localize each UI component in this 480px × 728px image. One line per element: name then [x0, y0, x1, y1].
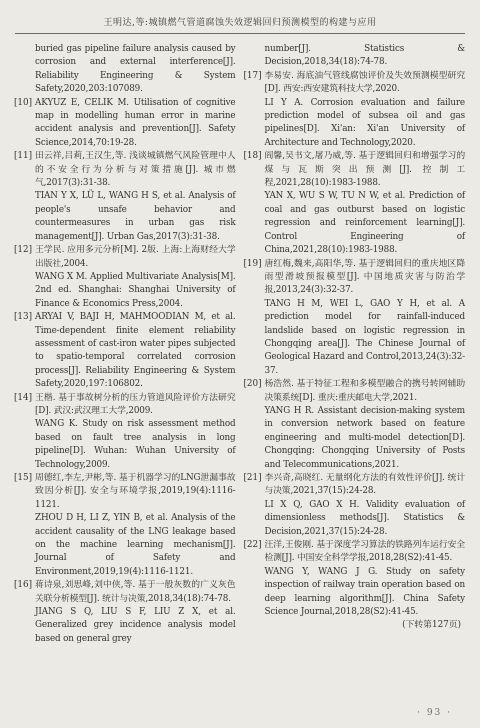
running-header: 王明达,等:城镇燃气管道腐蚀失效逻辑回归预测模型的构建与应用: [15, 0, 465, 34]
reference-text: 王楷. 基于事故树分析的压力管道风险评价方法研究[D]. 武汉:武汉理工大学,2…: [35, 392, 236, 419]
reference-entry: [21]李兴奇,高晓红. 无量纲化方法的有效性评价[J]. 统计与决策,2021…: [244, 472, 466, 539]
reference-number: [20]: [244, 378, 262, 391]
reference-text: WANG Y, WANG J G. Study on safety inspec…: [265, 566, 466, 620]
reference-text: 汪洋,王俊刚. 基于深度学习算法的铁路列车运行安全检测[J]. 中国安全科学学报…: [265, 539, 466, 566]
reference-text: ZHOU D H, LI Z, YIN B, et al. Analysis o…: [35, 512, 236, 579]
reference-text: 阎馨,吴书文,屠乃威,等. 基于逻辑回归和增强学习的煤与瓦斯突出预测[J]. 控…: [265, 150, 466, 190]
reference-text: 王学民. 应用多元分析[M]. 2版. 上海:上海财经大学出版社,2004.: [35, 244, 236, 271]
reference-text: YAN X, WU S W, TU N W, et al. Prediction…: [265, 190, 466, 257]
reference-text: YANG H R. Assistant decision-making syst…: [265, 405, 466, 472]
reference-entry: [22]汪洋,王俊刚. 基于深度学习算法的铁路列车运行安全检测[J]. 中国安全…: [244, 539, 466, 619]
reference-text: WANG K. Study on risk assessment method …: [35, 418, 236, 472]
reference-text: 周德红,李左,尹彬,等. 基于机器学习的LNG泄漏事故致因分析[J]. 安全与环…: [35, 472, 236, 512]
reference-entry: number[J]. Statistics & Decision,2018,34…: [244, 43, 466, 70]
reference-text: ARYAI V, BAJI H, MAHMOODIAN M, et al. Ti…: [35, 311, 236, 391]
reference-entry: buried gas pipeline failure analysis cau…: [14, 43, 236, 97]
reference-text: 李兴奇,高晓红. 无量纲化方法的有效性评价[J]. 统计与决策,2021,37(…: [265, 472, 466, 499]
reference-entry: [18]阎馨,吴书文,屠乃威,等. 基于逻辑回归和增强学习的煤与瓦斯突出预测[J…: [244, 150, 466, 257]
reference-number: [15]: [14, 472, 32, 485]
reference-number: [19]: [244, 258, 262, 271]
reference-text: TANG H M, WEI L, GAO Y H, et al. A predi…: [265, 298, 466, 378]
reference-number: [12]: [14, 244, 32, 257]
references-section: buried gas pipeline failure analysis cau…: [14, 43, 465, 646]
page-number: · 93 ·: [417, 708, 452, 718]
reference-number: [18]: [244, 150, 262, 163]
reference-entry: [16]蒋诗泉,刘思峰,刘中侠,等. 基于一般灰数的广义灰色关联分析模型[J].…: [14, 579, 236, 646]
reference-number: [17]: [244, 70, 262, 83]
reference-number: [14]: [14, 392, 32, 405]
reference-number: [21]: [244, 472, 262, 485]
reference-number: [16]: [14, 579, 32, 592]
reference-entry: [19]唐红梅,魏来,高阳华,等. 基于逻辑回归的重庆地区降雨型滑坡预报模型[J…: [244, 258, 466, 379]
reference-entry: [20]杨浩然. 基于特征工程和多模型融合的携号转网辅助决策系统[D]. 重庆:…: [244, 378, 466, 472]
reference-text: 田云祥,吕莉,王汉生,等. 浅谈城镇燃气风险管理中人的不安全行为分析与对策措施[…: [35, 150, 236, 190]
reference-text: LI Y A. Corrosion evaluation and failure…: [265, 97, 466, 151]
ref-column-right: number[J]. Statistics & Decision,2018,34…: [244, 43, 466, 646]
reference-entry: [17]李易安. 海底油气管线腐蚀评价及失效预测模型研究[D]. 西安:西安建筑…: [244, 70, 466, 150]
reference-entry: [14]王楷. 基于事故树分析的压力管道风险评价方法研究[D]. 武汉:武汉理工…: [14, 392, 236, 472]
ref-column-left: buried gas pipeline failure analysis cau…: [14, 43, 236, 646]
reference-text: 李易安. 海底油气管线腐蚀评价及失效预测模型研究[D]. 西安:西安建筑科技大学…: [265, 70, 466, 97]
reference-text: buried gas pipeline failure analysis cau…: [35, 43, 236, 97]
reference-number: [22]: [244, 539, 262, 552]
reference-entry: [10]AKYUZ E, CELIK M. Utilisation of cog…: [14, 97, 236, 151]
reference-entry: [15]周德红,李左,尹彬,等. 基于机器学习的LNG泄漏事故致因分析[J]. …: [14, 472, 236, 579]
paper-page: 王明达,等:城镇燃气管道腐蚀失效逻辑回归预测模型的构建与应用 buried ga…: [0, 0, 480, 728]
reference-text: LI X Q, GAO X H. Validity evaluation of …: [265, 499, 466, 539]
reference-number: [10]: [14, 97, 32, 110]
reference-entry: [11]田云祥,吕莉,王汉生,等. 浅谈城镇燃气风险管理中人的不安全行为分析与对…: [14, 150, 236, 244]
reference-text: number[J]. Statistics & Decision,2018,34…: [265, 43, 466, 70]
reference-text: JIANG S Q, LIU S F, LIU Z X, et al. Gene…: [35, 606, 236, 646]
reference-text: 杨浩然. 基于特征工程和多模型融合的携号转网辅助决策系统[D]. 重庆:重庆邮电…: [265, 378, 466, 405]
reference-number: [11]: [14, 150, 32, 163]
reference-text: AKYUZ E, CELIK M. Utilisation of cogniti…: [35, 97, 236, 151]
reference-text: 蒋诗泉,刘思峰,刘中侠,等. 基于一般灰数的广义灰色关联分析模型[J]. 统计与…: [35, 579, 236, 606]
reference-number: [13]: [14, 311, 32, 324]
reference-entry: [13]ARYAI V, BAJI H, MAHMOODIAN M, et al…: [14, 311, 236, 391]
reference-text: 唐红梅,魏来,高阳华,等. 基于逻辑回归的重庆地区降雨型滑坡预报模型[J]. 中…: [265, 258, 466, 298]
reference-text: WANG X M. Applied Multivariate Analysis[…: [35, 271, 236, 311]
continuation-note: (下转第127页): [244, 619, 466, 632]
reference-entry: [12]王学民. 应用多元分析[M]. 2版. 上海:上海财经大学出版社,200…: [14, 244, 236, 311]
reference-text: TIAN Y X, LÜ L, WANG H S, et al. Analysi…: [35, 190, 236, 244]
